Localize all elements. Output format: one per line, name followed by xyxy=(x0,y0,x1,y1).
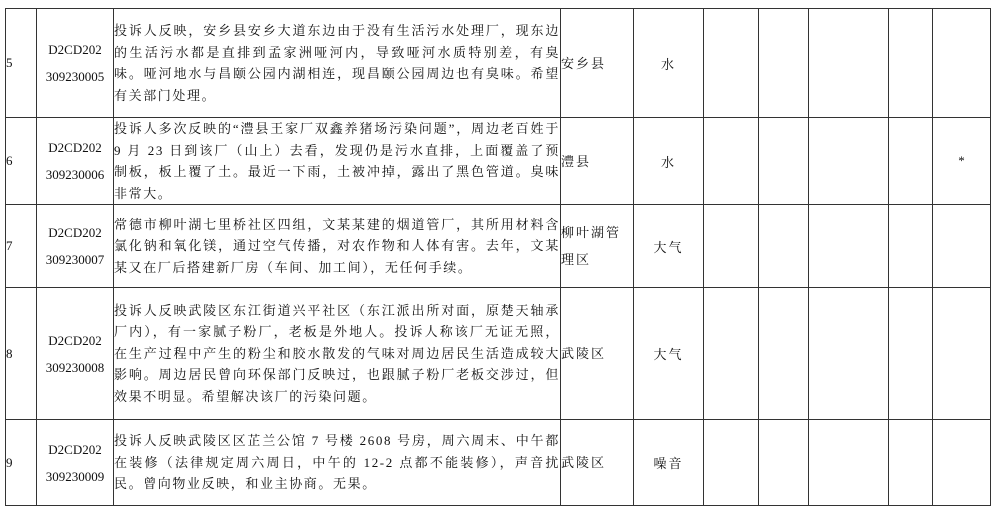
row-number: 8 xyxy=(6,288,37,420)
pollution-type-cell: 水 xyxy=(634,9,704,118)
empty-cell xyxy=(704,9,759,118)
empty-cell xyxy=(889,420,933,506)
pollution-type-cell: 大气 xyxy=(634,205,704,288)
case-id: D2CD202309230007 xyxy=(37,205,114,288)
empty-cell xyxy=(704,205,759,288)
case-id: D2CD202309230009 xyxy=(37,420,114,506)
area-cell: 武陵区 xyxy=(561,420,634,506)
case-id-line1: D2CD202 xyxy=(48,140,101,155)
pollution-type-cell: 大气 xyxy=(634,288,704,420)
empty-cell xyxy=(704,288,759,420)
case-id-line2: 309230008 xyxy=(46,360,105,375)
table-row: 8 D2CD202309230008 投诉人反映武陵区东江街道兴平社区（东江派出… xyxy=(6,288,991,420)
case-id-line1: D2CD202 xyxy=(48,442,101,457)
case-id-line2: 309230005 xyxy=(46,69,105,84)
area-cell: 武陵区 xyxy=(561,288,634,420)
row-number: 7 xyxy=(6,205,37,288)
empty-cell xyxy=(889,118,933,205)
empty-cell xyxy=(759,118,809,205)
empty-cell xyxy=(759,288,809,420)
empty-cell xyxy=(704,118,759,205)
empty-cell xyxy=(889,205,933,288)
empty-cell xyxy=(809,9,889,118)
empty-cell xyxy=(809,288,889,420)
complaint-table: 5 D2CD202309230005 投诉人反映，安乡县安乡大道东边由于没有生活… xyxy=(5,8,991,506)
complaint-description: 常德市柳叶湖七里桥社区四组，文某某建的烟道管厂，其所用材料含氯化钠和氧化镁，通过… xyxy=(114,205,561,288)
complaint-description: 投诉人反映，安乡县安乡大道东边由于没有生活污水处理厂，现东边的生活污水都是直排到… xyxy=(114,9,561,118)
table-row: 9 D2CD202309230009 投诉人反映武陵区区芷兰公馆 7 号楼 26… xyxy=(6,420,991,506)
case-id-line1: D2CD202 xyxy=(48,333,101,348)
case-id-line1: D2CD202 xyxy=(48,225,101,240)
pollution-type-cell: 噪音 xyxy=(634,420,704,506)
empty-cell xyxy=(809,205,889,288)
empty-cell xyxy=(704,420,759,506)
empty-cell xyxy=(809,118,889,205)
area-cell: 柳叶湖管理区 xyxy=(561,205,634,288)
area-cell: 澧县 xyxy=(561,118,634,205)
complaint-description: 投诉人反映武陵区区芷兰公馆 7 号楼 2608 号房，周六周末、中午都在装修（法… xyxy=(114,420,561,506)
case-id: D2CD202309230006 xyxy=(37,118,114,205)
case-id-line2: 309230009 xyxy=(46,469,105,484)
mark-cell xyxy=(933,288,991,420)
empty-cell xyxy=(889,9,933,118)
row-number: 6 xyxy=(6,118,37,205)
mark-cell xyxy=(933,9,991,118)
mark-cell xyxy=(933,205,991,288)
complaint-description: 投诉人反映武陵区东江街道兴平社区（东江派出所对面，原楚天轴承厂内），有一家腻子粉… xyxy=(114,288,561,420)
table-row: 6 D2CD202309230006 投诉人多次反映的“澧县王家厂双鑫养猪场污染… xyxy=(6,118,991,205)
case-id: D2CD202309230008 xyxy=(37,288,114,420)
empty-cell xyxy=(759,205,809,288)
mark-cell: * xyxy=(933,118,991,205)
pollution-type-cell: 水 xyxy=(634,118,704,205)
case-id-line2: 309230007 xyxy=(46,252,105,267)
empty-cell xyxy=(809,420,889,506)
case-id-line2: 309230006 xyxy=(46,167,105,182)
complaint-description: 投诉人多次反映的“澧县王家厂双鑫养猪场污染问题”，周边老百姓于 9 月 23 日… xyxy=(114,118,561,205)
case-id-line1: D2CD202 xyxy=(48,42,101,57)
table-row: 7 D2CD202309230007 常德市柳叶湖七里桥社区四组，文某某建的烟道… xyxy=(6,205,991,288)
table-row: 5 D2CD202309230005 投诉人反映，安乡县安乡大道东边由于没有生活… xyxy=(6,9,991,118)
row-number: 9 xyxy=(6,420,37,506)
empty-cell xyxy=(759,420,809,506)
case-id: D2CD202309230005 xyxy=(37,9,114,118)
empty-cell xyxy=(759,9,809,118)
mark-cell xyxy=(933,420,991,506)
row-number: 5 xyxy=(6,9,37,118)
area-cell: 安乡县 xyxy=(561,9,634,118)
empty-cell xyxy=(889,288,933,420)
